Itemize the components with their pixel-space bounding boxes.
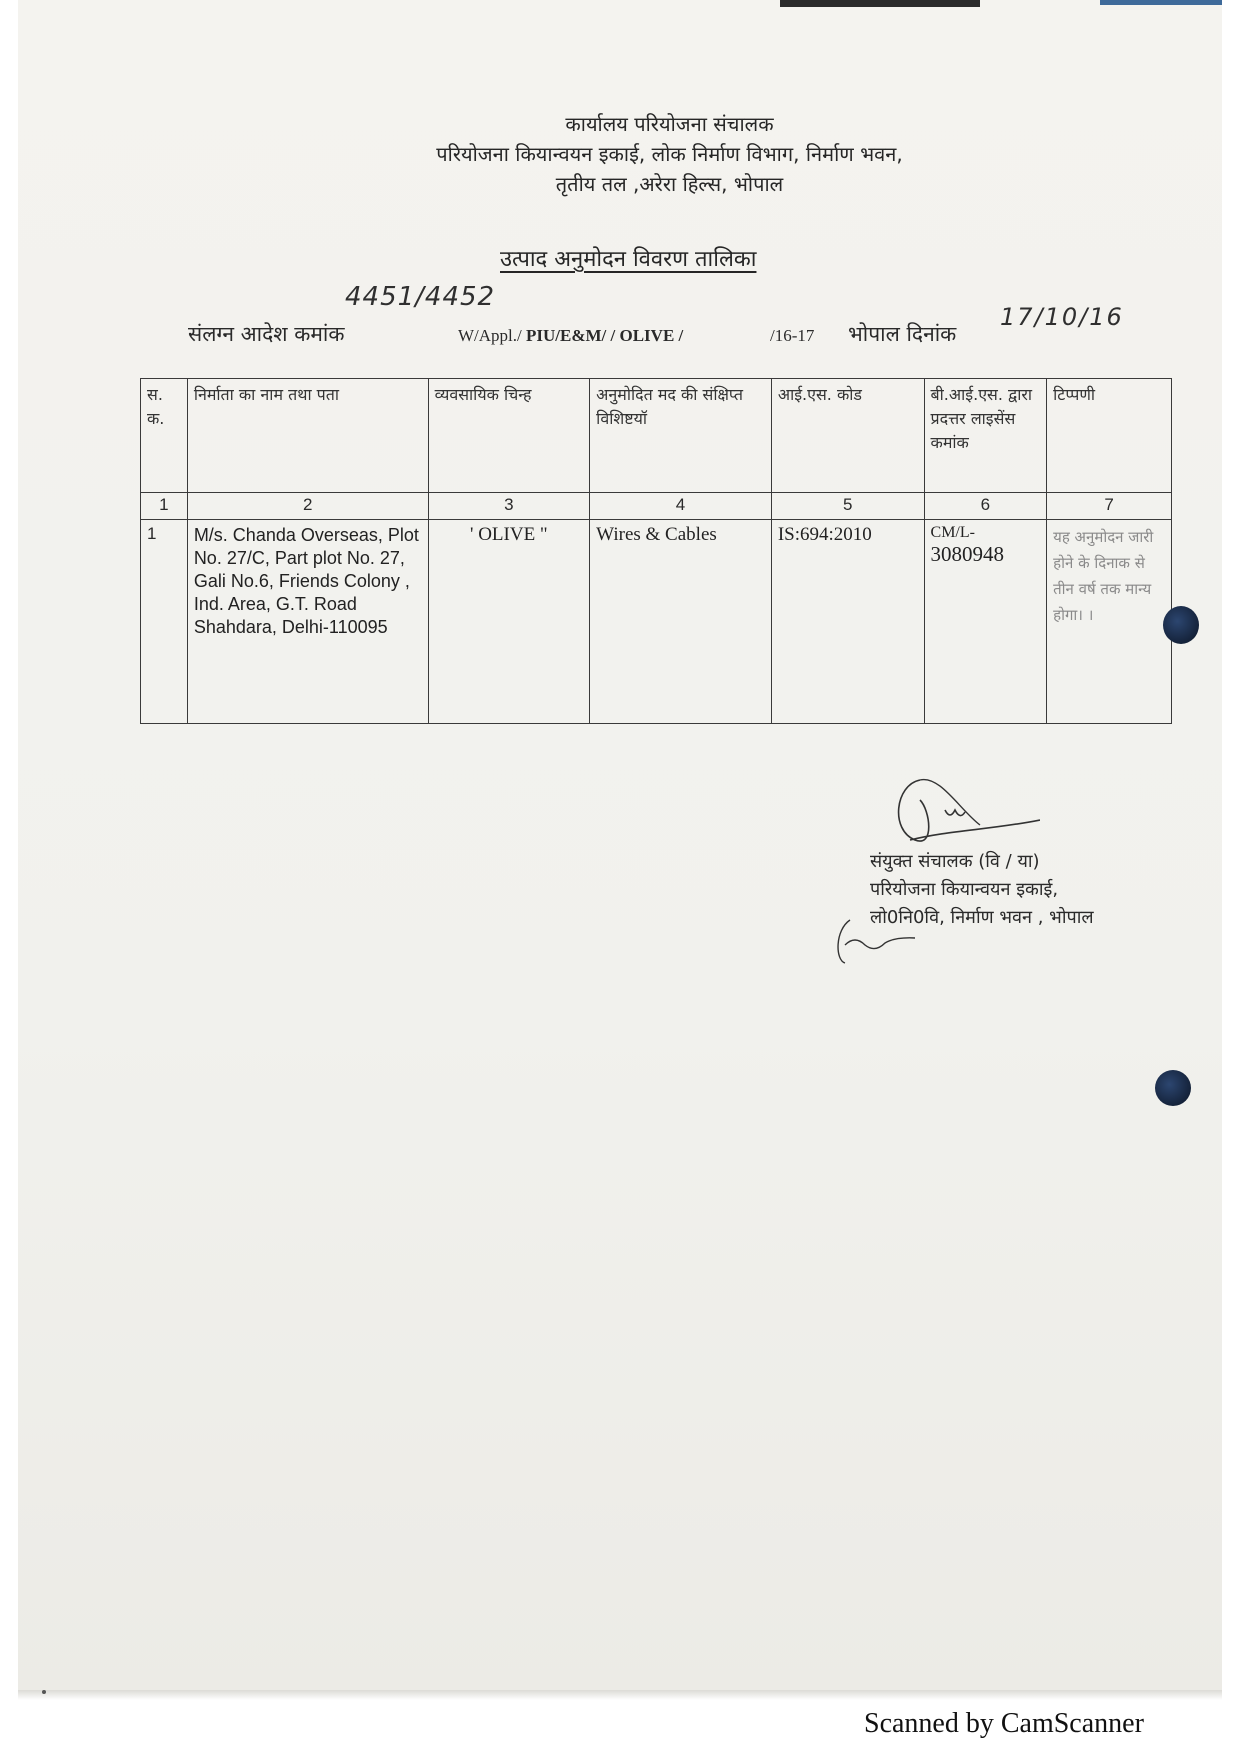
- cell-remark: यह अनुमोदन जारी होने के दिनाक से तीन वर्…: [1047, 520, 1172, 724]
- table-row: 1 M/s. Chanda Overseas, Plot No. 27/C, P…: [141, 520, 1172, 724]
- signatory-block: संयुक्त संचालक (वि / या) परियोजना कियान्…: [870, 848, 1200, 932]
- license-number: 3080948: [931, 542, 1041, 567]
- camscanner-watermark: Scanned by CamScanner: [864, 1708, 1144, 1740]
- col-num-5: 5: [771, 493, 924, 520]
- approval-table: स. क. निर्माता का नाम तथा पता व्यवसायिक …: [140, 378, 1172, 724]
- page-bottom-edge: [18, 1690, 1222, 1700]
- col-num-1: 1: [141, 493, 188, 520]
- header-remark: टिप्पणी: [1047, 379, 1172, 493]
- office-header-line1: कार्यालय परियोजना संचालक: [50, 110, 1239, 137]
- col-num-2: 2: [187, 493, 428, 520]
- cell-trade-mark: ' OLIVE ": [428, 520, 590, 724]
- punch-hole-icon: [1163, 606, 1199, 644]
- col-num-6: 6: [924, 493, 1047, 520]
- order-year: /16-17: [770, 326, 814, 346]
- cell-license: CM/L- 3080948: [924, 520, 1047, 724]
- order-code-prefix: W/Appl./: [458, 326, 522, 345]
- table-header-row: स. क. निर्माता का नाम तथा पता व्यवसायिक …: [141, 379, 1172, 493]
- office-header-line3: तृतीय तल ,अरेरा हिल्स, भोपाल: [50, 170, 1239, 197]
- license-prefix: CM/L-: [931, 524, 1041, 542]
- signatory-unit: परियोजना कियान्वयन इकाई,: [870, 876, 1200, 904]
- header-trade-mark: व्यवसायिक चिन्ह: [428, 379, 590, 493]
- cell-manufacturer: M/s. Chanda Overseas, Plot No. 27/C, Par…: [187, 520, 428, 724]
- signature-icon: [890, 770, 1040, 850]
- order-code: W/Appl./ PIU/E&M/ / OLIVE /: [458, 326, 683, 346]
- header-serial: स. क.: [141, 379, 188, 493]
- order-code-bold: PIU/E&M/ / OLIVE /: [526, 326, 683, 345]
- order-reference-line: संलग्न आदेश कमांक W/Appl./ PIU/E&M/ / OL…: [188, 320, 1188, 354]
- header-is-code: आई.एस. कोड: [771, 379, 924, 493]
- office-header-line2: परियोजना कियान्वयन इकाई, लोक निर्माण विभ…: [50, 140, 1239, 167]
- signatory-address: लो0नि0वि, निर्माण भवन , भोपाल: [870, 904, 1200, 932]
- handwritten-order-number: 4451/4452: [345, 282, 495, 312]
- col-num-4: 4: [590, 493, 772, 520]
- cell-item: Wires & Cables: [590, 520, 772, 724]
- scan-edge-dark: [780, 0, 980, 7]
- cell-serial: 1: [141, 520, 188, 724]
- punch-hole-icon: [1155, 1070, 1191, 1106]
- column-number-row: 1 2 3 4 5 6 7: [141, 493, 1172, 520]
- order-label: संलग्न आदेश कमांक: [188, 320, 345, 348]
- header-license: बी.आई.एस. द्वारा प्रदत्तर लाइसेंस कमांक: [924, 379, 1047, 493]
- speck: [42, 1690, 46, 1694]
- col-num-7: 7: [1047, 493, 1172, 520]
- header-manufacturer: निर्माता का नाम तथा पता: [187, 379, 428, 493]
- scan-edge-blue: [1100, 0, 1222, 5]
- col-num-3: 3: [428, 493, 590, 520]
- header-item-spec: अनुमोदित मद की संक्षिप्त विशिष्टयॉ: [590, 379, 772, 493]
- signatory-title: संयुक्त संचालक (वि / या): [870, 848, 1200, 876]
- cell-is-code: IS:694:2010: [771, 520, 924, 724]
- city-date-label: भोपाल दिनांक: [848, 320, 956, 348]
- document-title: उत्पाद अनुमोदन विवरण तालिका: [500, 243, 756, 273]
